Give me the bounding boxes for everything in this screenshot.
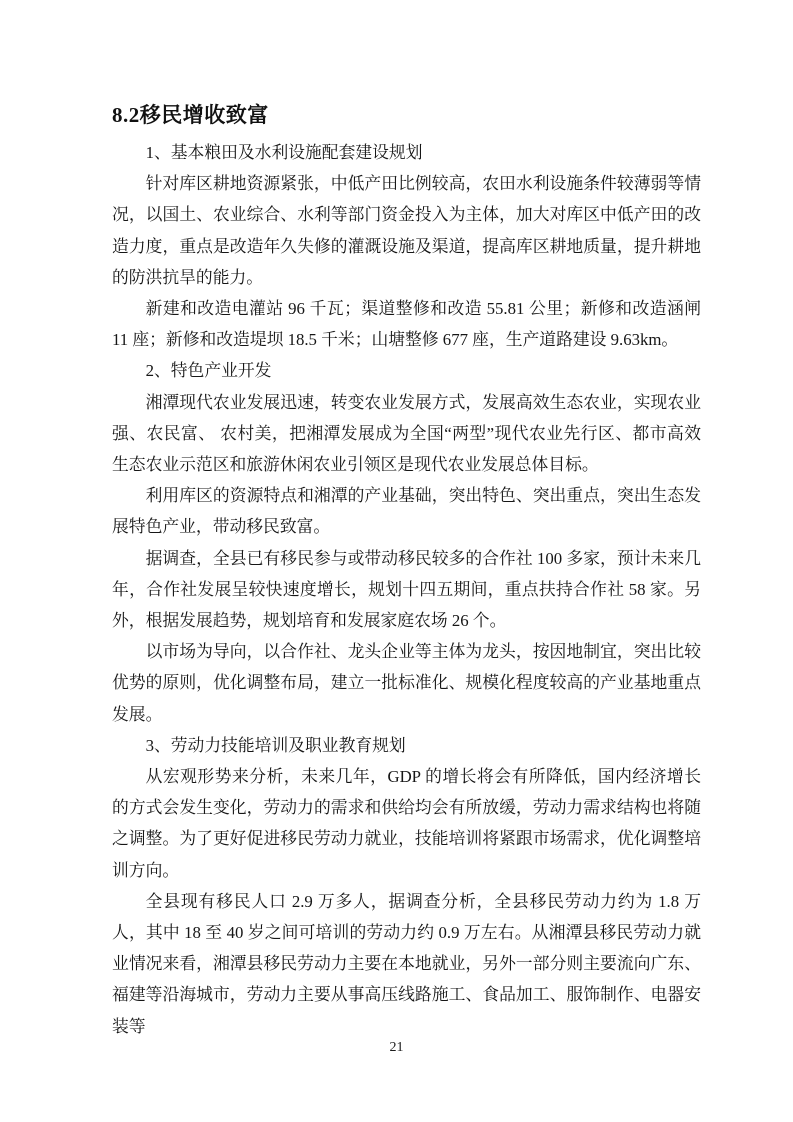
- para-gdp-labor-trends: 从宏观形势来分析，未来几年，GDP 的增长将会有所降低，国内经济增长的方式会发生…: [112, 761, 701, 886]
- paragraph-list: 1、基本粮田及水利设施配套建设规划 针对库区耕地资源紧张，中低产田比例较高，农田…: [112, 137, 701, 1042]
- document-page: 8.2移民增收致富 1、基本粮田及水利设施配套建设规划 针对库区耕地资源紧张，中…: [0, 0, 793, 1122]
- para-irrigation-stats: 新建和改造电灌站 96 千瓦；渠道整修和改造 55.81 公里；新修和改造涵闸 …: [112, 293, 701, 355]
- para-migrant-labor-stats: 全县现有移民人口 2.9 万多人，据调查分析，全县移民劳动力约为 1.8 万人，…: [112, 886, 701, 1042]
- section-heading: 8.2移民增收致富: [112, 100, 701, 130]
- page-content: 8.2移民增收致富 1、基本粮田及水利设施配套建设规划 针对库区耕地资源紧张，中…: [112, 100, 701, 1042]
- para-market-orientation: 以市场为导向，以合作社、龙头企业等主体为龙头，按因地制宜，突出比较优势的原则，优…: [112, 636, 701, 730]
- subsection-title-2: 2、特色产业开发: [112, 355, 701, 386]
- para-cooperatives: 据调查，全县已有移民参与或带动移民较多的合作社 100 多家，预计未来几年，合作…: [112, 543, 701, 637]
- subsection-title-3: 3、劳动力技能培训及职业教育规划: [112, 730, 701, 761]
- subsection-title-1: 1、基本粮田及水利设施配套建设规划: [112, 137, 701, 168]
- page-number: 21: [0, 1038, 793, 1058]
- para-farmland-context: 针对库区耕地资源紧张，中低产田比例较高，农田水利设施条件较薄弱等情况，以国土、农…: [112, 168, 701, 293]
- para-reservoir-industry: 利用库区的资源特点和湘潭的产业基础，突出特色、突出重点，突出生态发展特色产业，带…: [112, 480, 701, 542]
- para-agriculture-goals: 湘潭现代农业发展迅速，转变农业发展方式，发展高效生态农业，实现农业强、农民富、 …: [112, 387, 701, 481]
